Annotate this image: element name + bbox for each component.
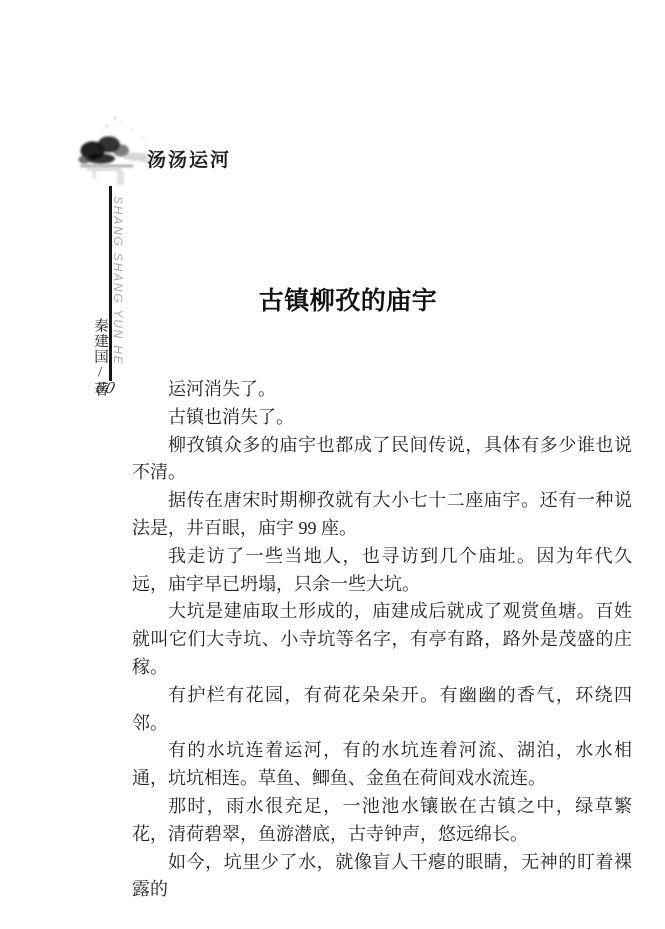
paragraph: 有护栏有花园，有荷花朵朵开。有幽幽的香气，环绕四邻。 [132,682,632,738]
paragraph: 据传在唐宋时期柳孜就有大小七十二座庙宇。还有一种说法是，井百眼，庙宇 99 座。 [132,487,632,543]
paragraph: 那时，雨水很充足，一池池水镶嵌在古镇之中，绿草繁花，清荷碧翠，鱼游潜底，古寺钟声… [132,793,632,849]
chapter-title: 古镇柳孜的庙宇 [132,281,564,317]
paragraph: 大坑是建庙取土形成的，庙建成后就成了观赏鱼塘。百姓就叫它们大寺坑、小寺坑等名字，… [132,598,632,681]
paragraph: 我走访了一些当地人，也寻访到几个庙址。因为年代久远，庙宇早已坍塌，只余一些大坑。 [132,543,632,599]
paragraph: 如今，坑里少了水，就像盲人干瘪的眼睛，无神的盯着裸露的 [132,849,632,905]
series-title-romanized: SHANG SHANG YUN HE [111,196,125,366]
chapter-body: 运河消失了。古镇也消失了。柳孜镇众多的庙宇也都成了民间传说，具体有多少谁也说不清… [132,376,632,904]
book-title: 汤汤运河 [147,145,231,172]
page-number: 60 [94,379,116,397]
paragraph: 古镇也消失了。 [132,404,632,432]
book-page: 汤汤运河 SHANG SHANG YUN HE 秦建国/著 60 古镇柳孜的庙宇… [0,0,665,929]
author-name-vertical: 秦建国/著 [90,318,111,388]
paragraph: 有的水坑连着运河，有的水坑连着河流、湖泊，水水相通，坑坑相连。草鱼、鲫鱼、金鱼在… [132,737,632,793]
paragraph: 运河消失了。 [132,376,632,404]
paragraph: 柳孜镇众多的庙宇也都成了民间传说，具体有多少谁也说不清。 [132,432,632,488]
